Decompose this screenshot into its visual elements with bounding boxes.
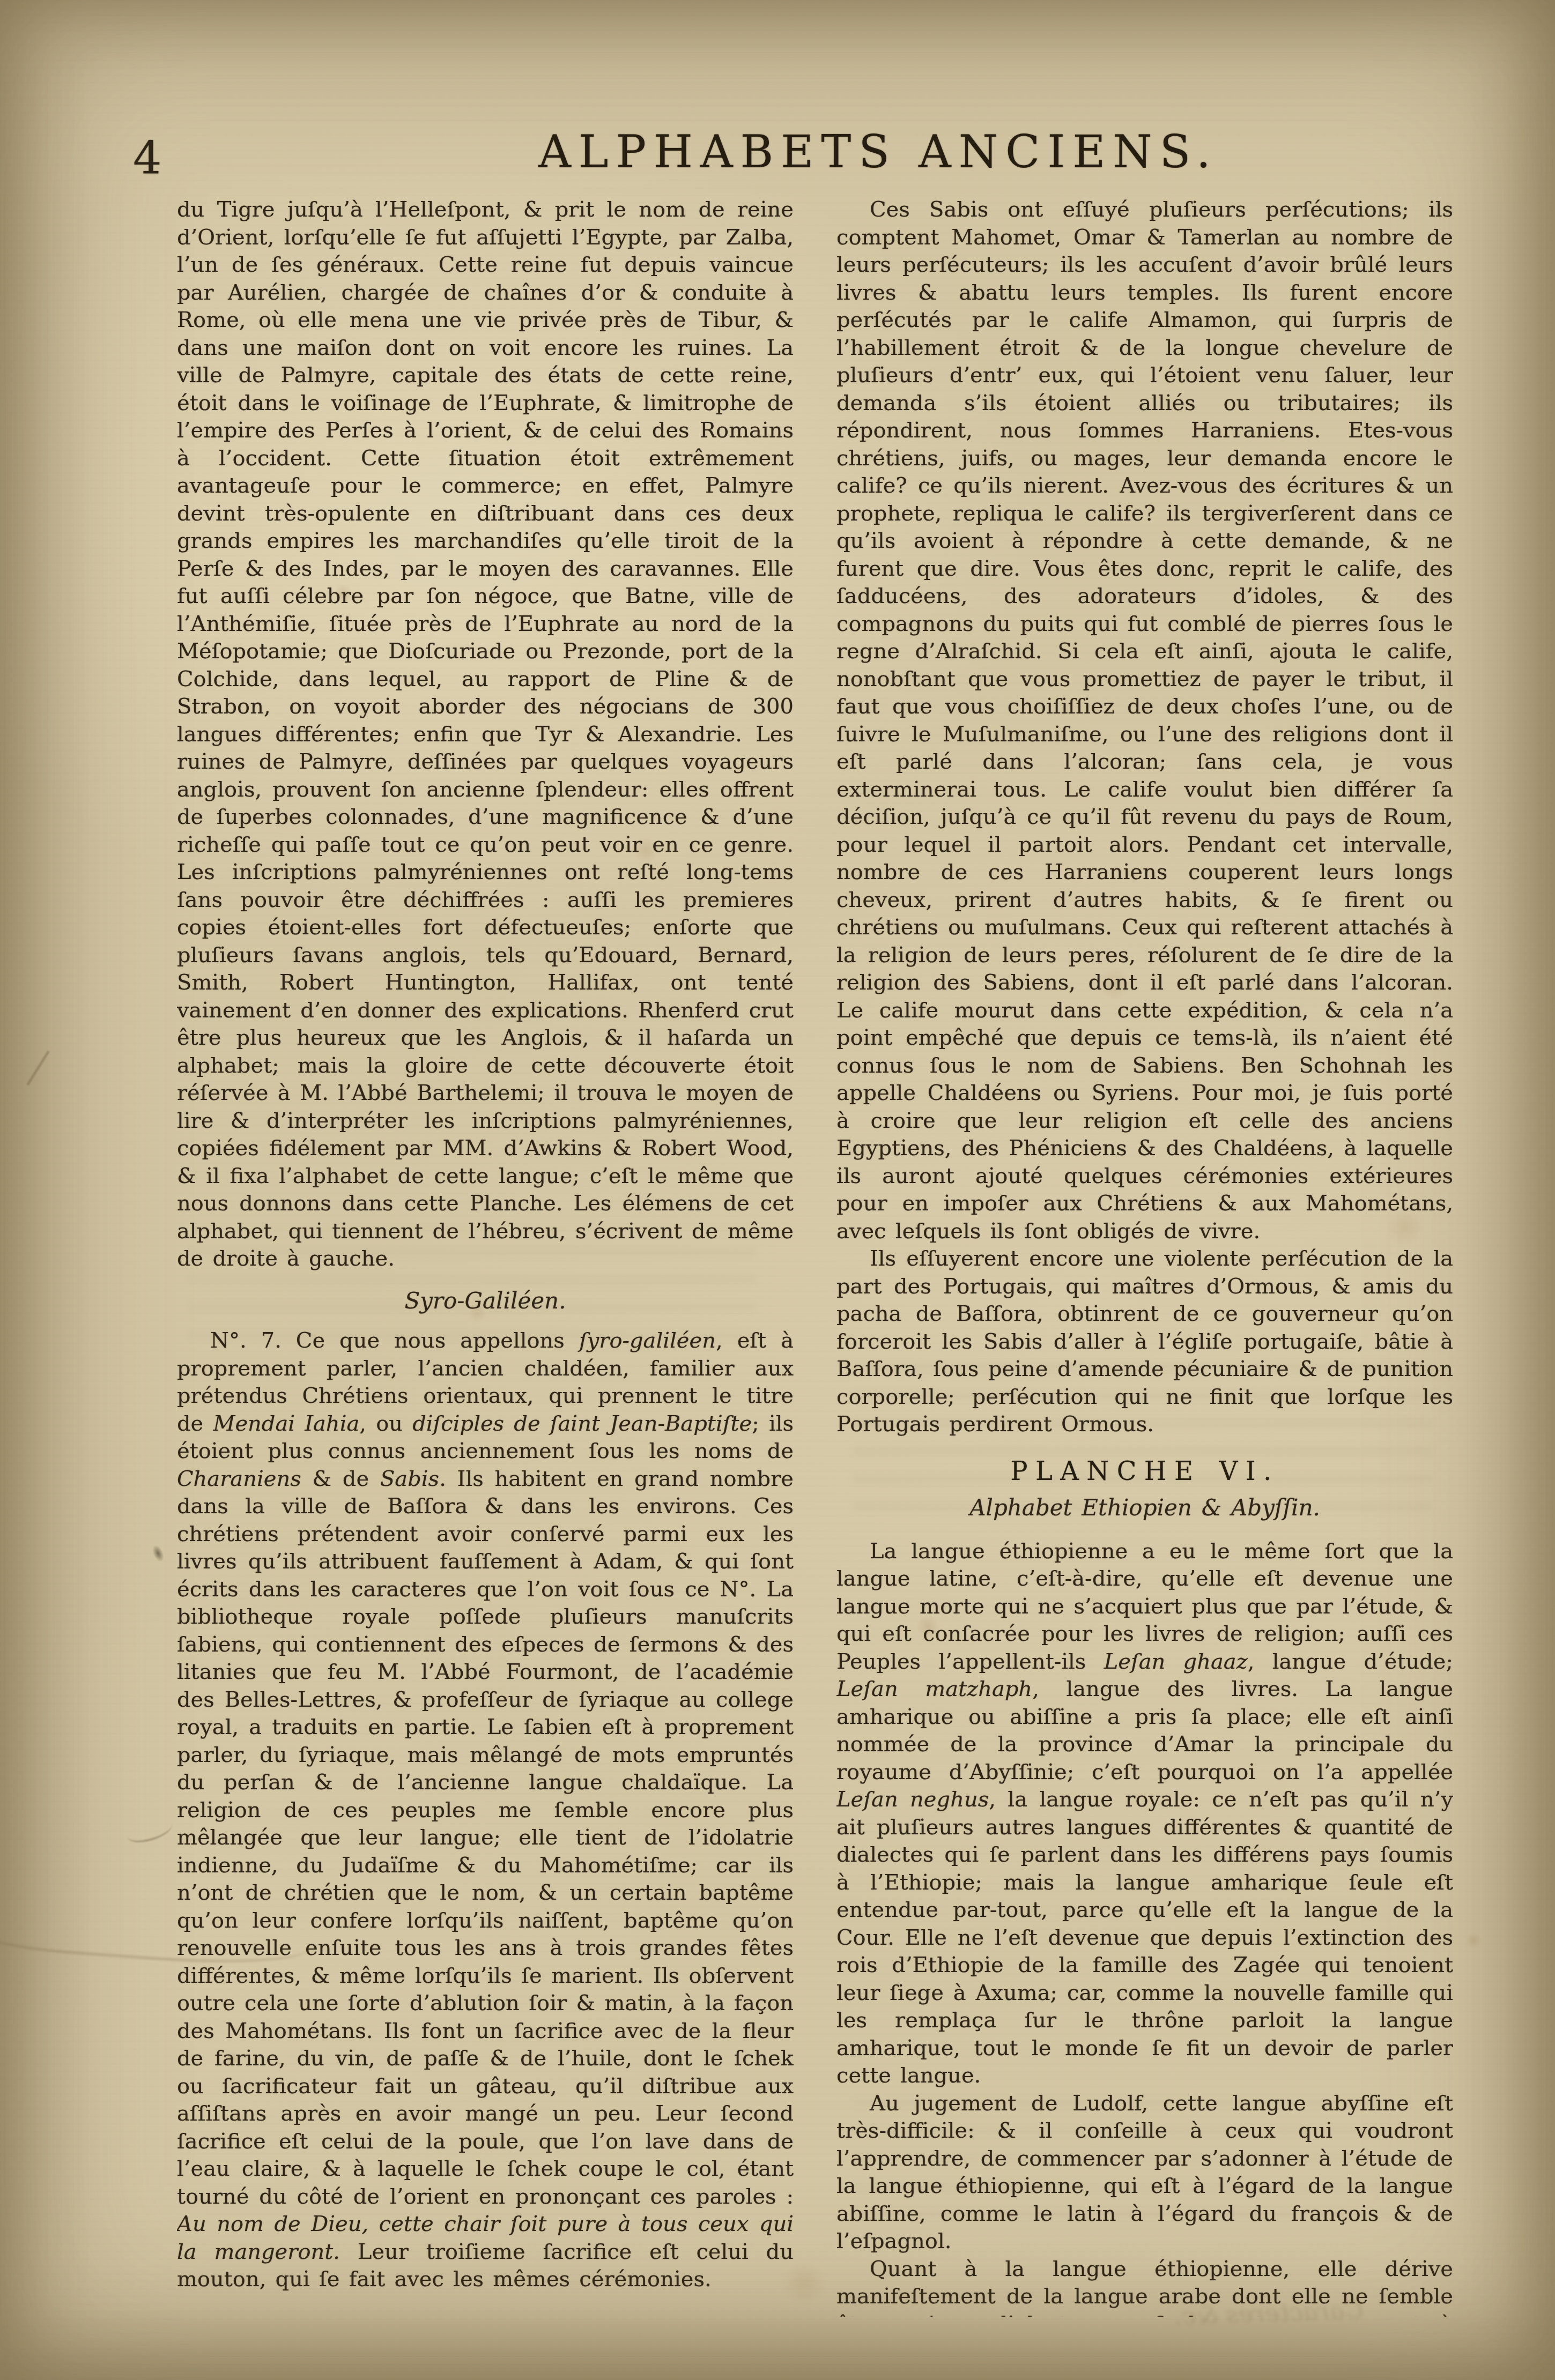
text-run: du Tigre juſqu’à l’Helleſpont, & prit le… <box>177 197 794 1271</box>
italic-phrase: Leſan neghus <box>836 1787 989 1812</box>
ink-blot-mark <box>144 1537 172 1570</box>
text-run: , langue d’étude; <box>1248 1649 1453 1674</box>
book-page: 4 ALPHABETS ANCIENS. du Tigre juſqu’à l’… <box>0 0 1555 2380</box>
paragraph: La langue éthiopienne a eu le même ſort … <box>836 1538 1453 2090</box>
margin-pencil-mark <box>26 1051 49 1085</box>
running-title: ALPHABETS ANCIENS. <box>538 125 1218 178</box>
italic-phrase: Leſan matzhaph <box>836 1677 1032 1701</box>
italic-phrase: ſyro-galiléen <box>579 1328 716 1353</box>
section-heading: Syro-Galiléen. <box>177 1287 794 1315</box>
text-run: . Ils habitent en grand nombre dans la v… <box>177 1467 794 2209</box>
paragraph: du Tigre juſqu’à l’Helleſpont, & prit le… <box>177 196 794 1273</box>
section-heading: Alphabet Ethiopien & Abyſſin. <box>836 1494 1453 1522</box>
margin-pencil-mark <box>125 1816 174 1845</box>
text-run: & de <box>301 1467 380 1491</box>
text-run: , la langue royale: ce n’eſt pas qu’il n… <box>836 1787 1453 2088</box>
text-run: Ils eſſuyerent encore une violente perſé… <box>836 1246 1453 1437</box>
italic-phrase: Mendai Iahia <box>213 1411 359 1436</box>
text-run: Au jugement de Ludolf, cette langue abyſ… <box>836 2091 1453 2254</box>
paragraph: Ces Sabis ont eſſuyé pluſieurs perſécuti… <box>836 196 1453 1245</box>
text-column-right: Ces Sabis ont eſſuyé pluſieurs perſécuti… <box>836 196 1453 2317</box>
section-heading: PLANCHE VI. <box>836 1458 1453 1486</box>
paragraph: N°. 7. Ce que nous appellons ſyro-galilé… <box>177 1327 794 2294</box>
text-column-left: du Tigre juſqu’à l’Helleſpont, & prit le… <box>177 196 794 2317</box>
italic-phrase: Charaniens <box>177 1467 301 1491</box>
italic-phrase: Leſan ghaaz <box>1104 1649 1248 1674</box>
page-number: 4 <box>133 132 161 184</box>
text-run: Ces Sabis ont eſſuyé pluſieurs perſécuti… <box>836 197 1453 1244</box>
paragraph: Au jugement de Ludolf, cette langue abyſ… <box>836 2090 1453 2256</box>
paragraph: Ils eſſuyerent encore une violente perſé… <box>836 1245 1453 1439</box>
italic-phrase: diſciples de ſaint Jean-Baptiſte <box>412 1411 752 1436</box>
text-run: N°. 7. Ce que nous appellons <box>210 1328 579 1353</box>
text-run: , ou <box>359 1411 412 1436</box>
bleed-through-caption: Caracteres &c. <box>1174 2295 1364 2331</box>
italic-phrase: Sabis <box>380 1467 439 1491</box>
